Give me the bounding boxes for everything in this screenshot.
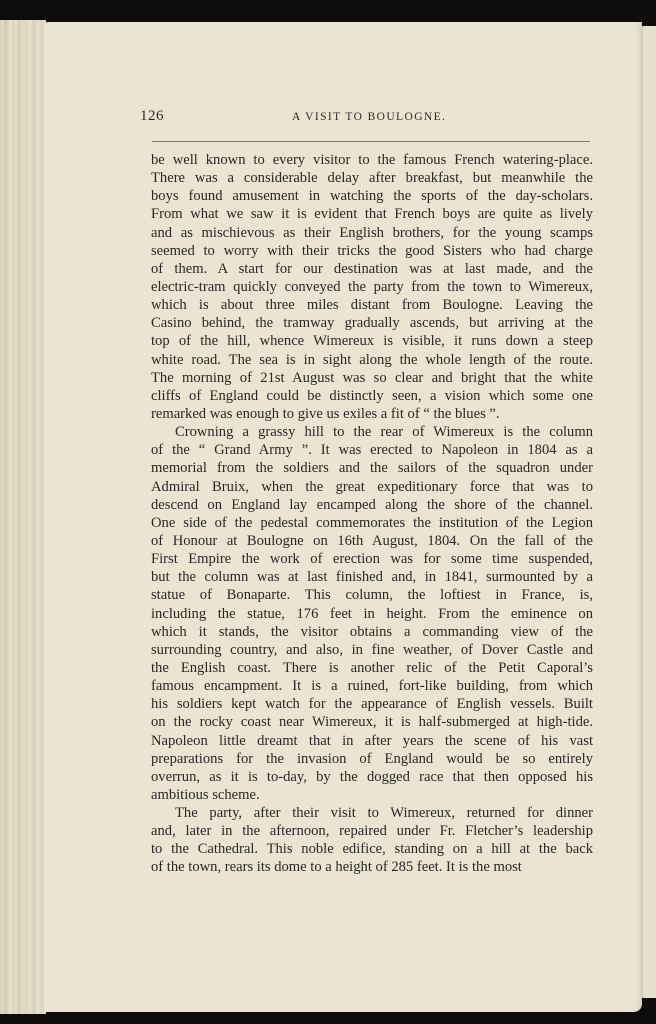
text-line: Casino behind, the tramway gradually asc… bbox=[151, 314, 593, 332]
text-line: famous encampment. It is a ruined, fort-… bbox=[151, 677, 593, 695]
text-line: From what we saw it is evident that Fren… bbox=[151, 205, 593, 223]
body-text: be well known to every visitor to the fa… bbox=[151, 151, 593, 877]
text-line: Admiral Bruix, when the great expedition… bbox=[151, 478, 593, 496]
text-line: which is about three miles distant from … bbox=[151, 296, 593, 314]
text-line: and as mischievous as their English brot… bbox=[151, 224, 593, 242]
text-line: boys found amusement in watching the spo… bbox=[151, 187, 593, 205]
running-head: 126 A VISIT TO BOULOGNE. bbox=[140, 108, 590, 132]
text-line: which it stands, the visitor obtains a c… bbox=[151, 623, 593, 641]
text-line: white road. The sea is in sight along th… bbox=[151, 351, 593, 369]
text-line: preparations for the invasion of England… bbox=[151, 750, 593, 768]
text-line: First Empire the work of erection was fo… bbox=[151, 550, 593, 568]
text-line: The morning of 21st August was so clear … bbox=[151, 369, 593, 387]
text-line: seemed to worry with their tricks the go… bbox=[151, 242, 593, 260]
text-line: to the Cathedral. This noble edifice, st… bbox=[151, 840, 593, 858]
text-line: electric-tram quickly conveyed the party… bbox=[151, 278, 593, 296]
text-line: the English coast. There is another reli… bbox=[151, 659, 593, 677]
paragraph: Crowning a grassy hill to the rear of Wi… bbox=[151, 423, 593, 804]
book-scan: 126 A VISIT TO BOULOGNE. be well known t… bbox=[0, 0, 656, 1024]
text-line: cliffs of England could be distinctly se… bbox=[151, 387, 593, 405]
text-line: be well known to every visitor to the fa… bbox=[151, 151, 593, 169]
page-number: 126 bbox=[140, 108, 164, 125]
text-line: surrounding country, and also, in fine w… bbox=[151, 641, 593, 659]
text-line: his soldiers kept watch for the appearan… bbox=[151, 695, 593, 713]
paragraph: be well known to every visitor to the fa… bbox=[151, 151, 593, 423]
text-line: statue of Bonaparte. This column, the lo… bbox=[151, 586, 593, 604]
text-line: of the “ Grand Army ”. It was erected to… bbox=[151, 441, 593, 459]
text-line: There was a considerable delay after bre… bbox=[151, 169, 593, 187]
page-edges bbox=[0, 20, 46, 1014]
text-line: top of the hill, whence Wimereux is visi… bbox=[151, 332, 593, 350]
running-title: A VISIT TO BOULOGNE. bbox=[292, 111, 446, 123]
text-line: remarked was enough to give us exiles a … bbox=[151, 405, 593, 423]
paragraph: The party, after their visit to Wimereux… bbox=[151, 804, 593, 877]
text-line: memorial from the soldiers and the sailo… bbox=[151, 459, 593, 477]
text-line: ambitious scheme. bbox=[151, 786, 593, 804]
text-line: and, later in the afternoon, repaired un… bbox=[151, 822, 593, 840]
text-line: The party, after their visit to Wimereux… bbox=[151, 804, 593, 822]
text-line: including the statue, 176 feet in height… bbox=[151, 605, 593, 623]
facing-page-edge bbox=[642, 26, 656, 998]
text-line: Napoleon little dreamt that in after yea… bbox=[151, 732, 593, 750]
text-line: of the town, rears its dome to a height … bbox=[151, 858, 593, 876]
header-rule bbox=[152, 141, 590, 142]
text-line: but the column was at last finished and,… bbox=[151, 568, 593, 586]
text-line: on the rocky coast near Wimereux, it is … bbox=[151, 713, 593, 731]
text-line: descend on England lay encamped along th… bbox=[151, 496, 593, 514]
text-line: One side of the pedestal commemorates th… bbox=[151, 514, 593, 532]
text-line: of them. A start for our destination was… bbox=[151, 260, 593, 278]
text-line: Crowning a grassy hill to the rear of Wi… bbox=[151, 423, 593, 441]
text-line: of Honour at Boulogne on 16th August, 18… bbox=[151, 532, 593, 550]
text-line: overrun, as it is to-day, by the dogged … bbox=[151, 768, 593, 786]
